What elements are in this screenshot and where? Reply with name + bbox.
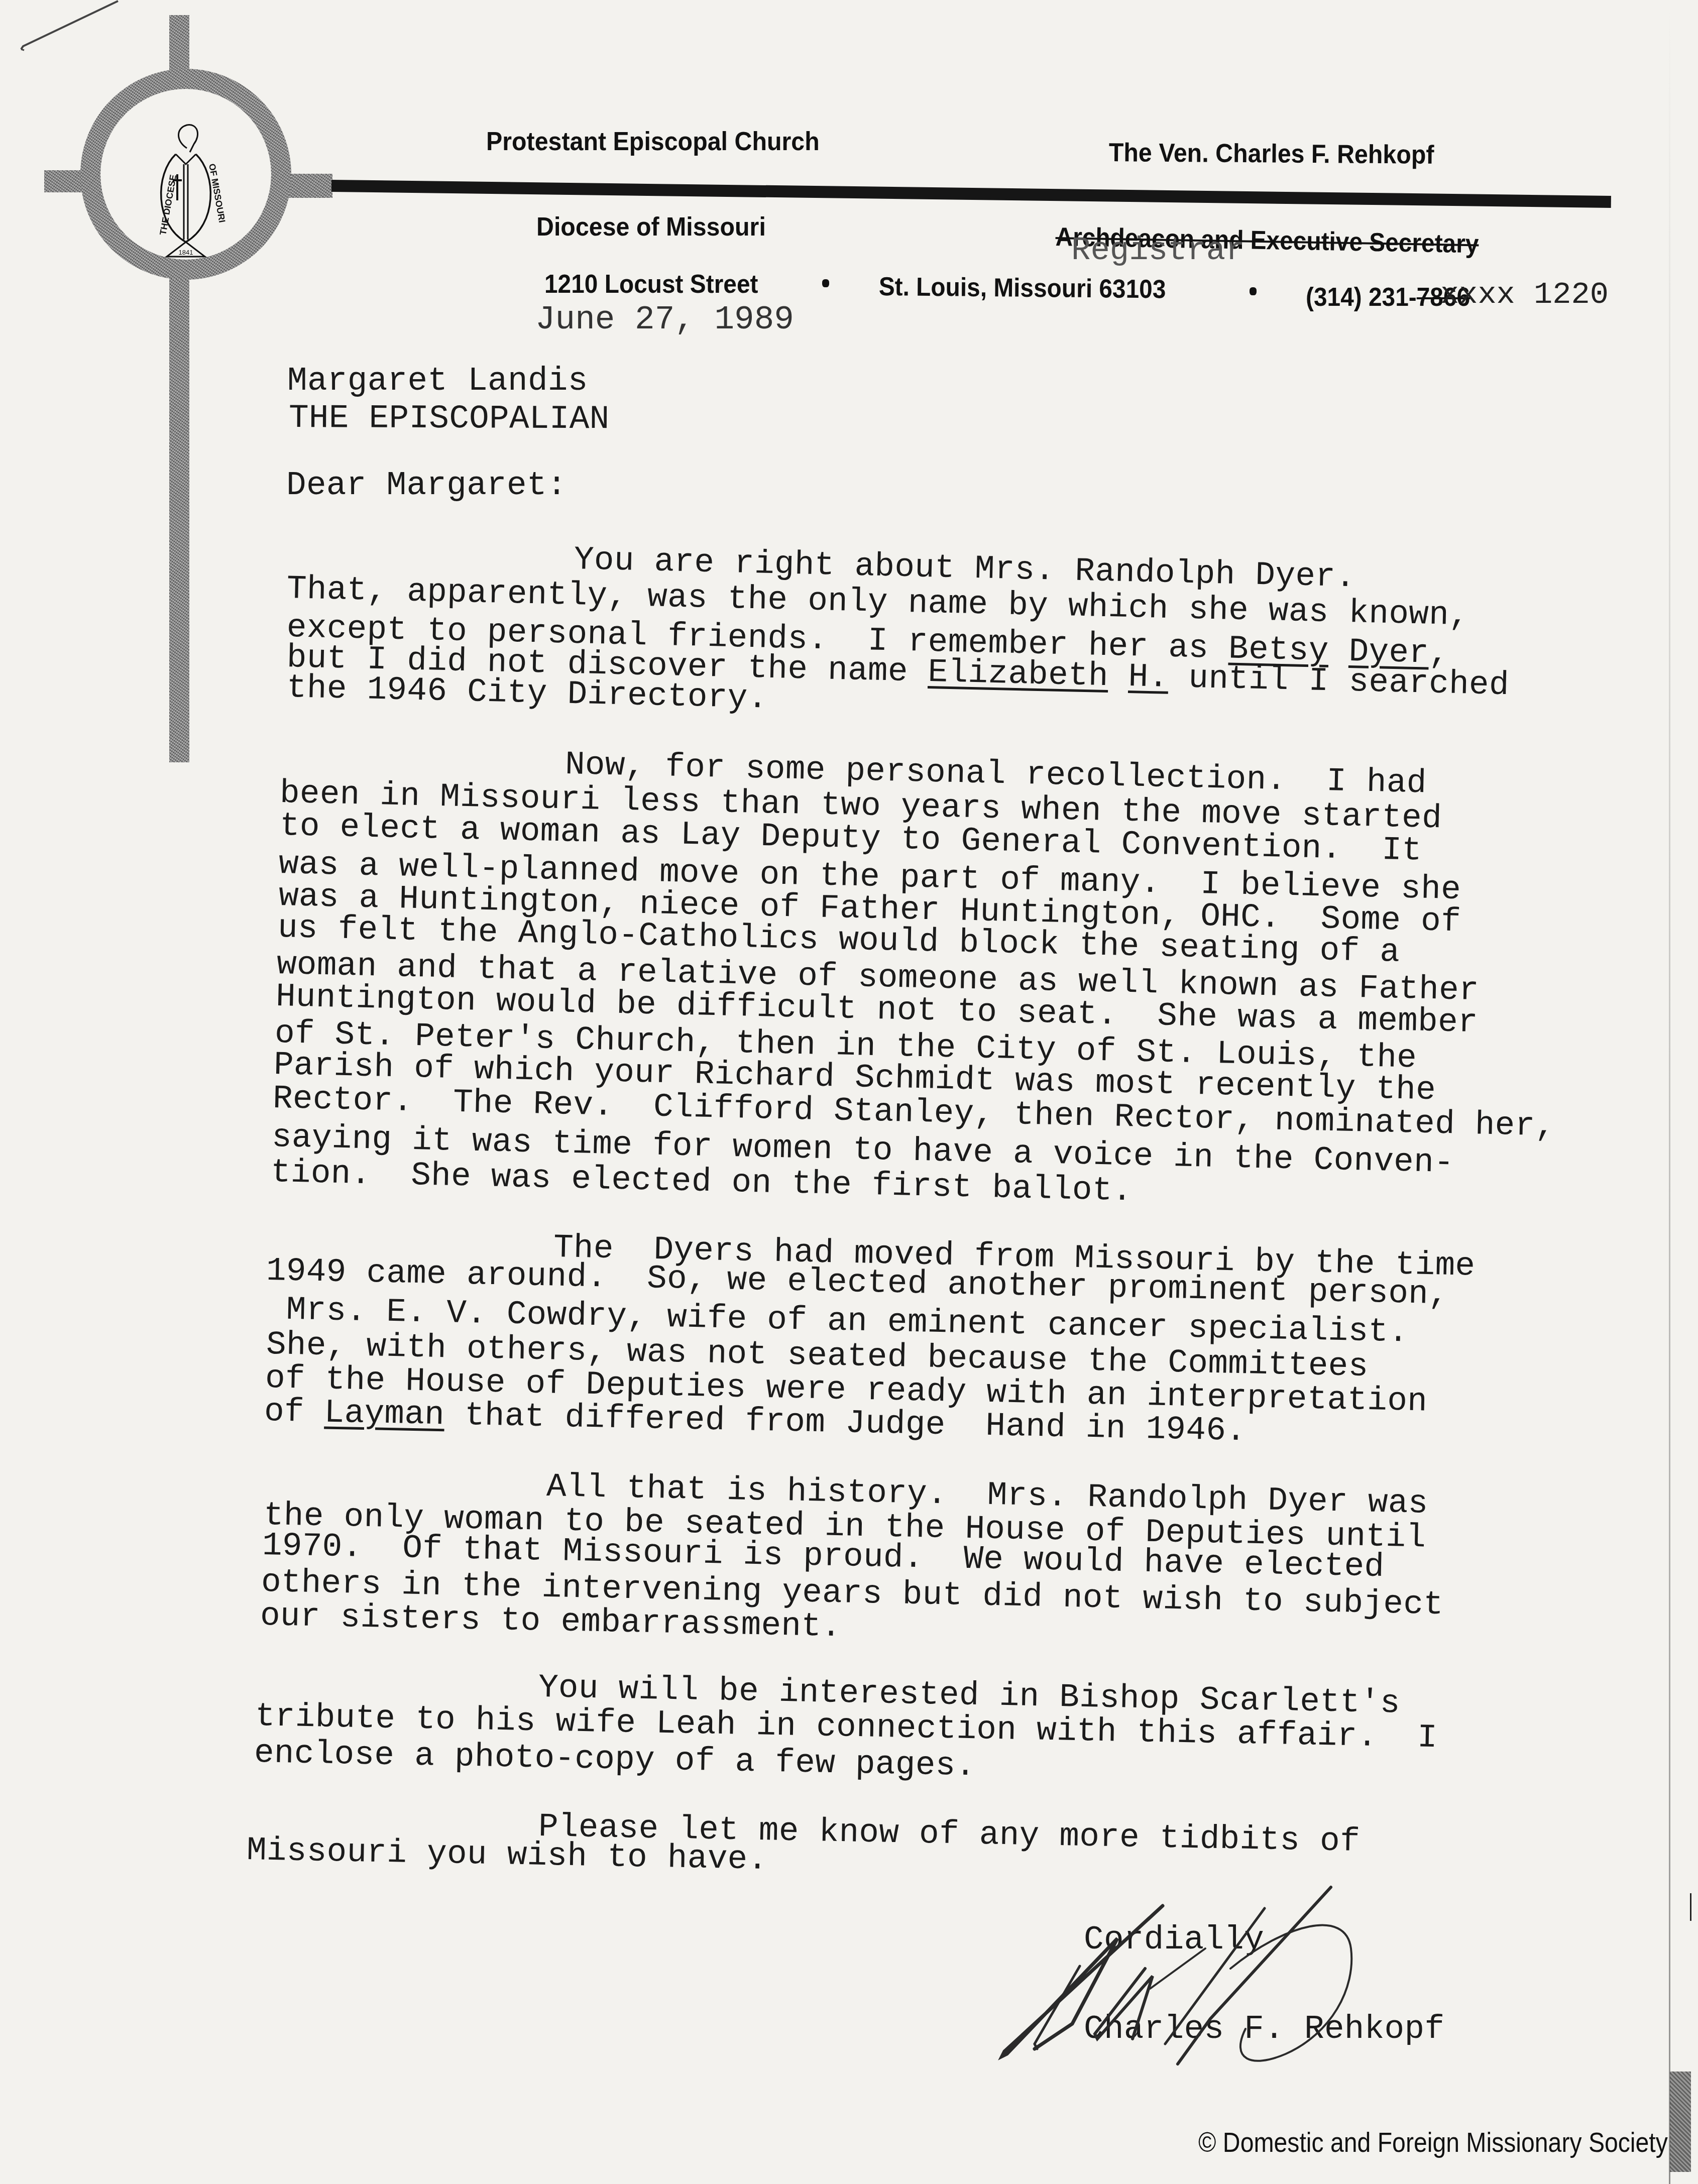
line-text: until I searched xyxy=(1168,659,1510,704)
copyright-notice: © Domestic and Foreign Missionary Societ… xyxy=(1198,2128,1668,2156)
scan-artifact xyxy=(1670,2072,1691,2172)
typed-signature-name: Charles F. Rehkopf xyxy=(1084,2013,1444,2046)
phone-prefix: (314) 231- xyxy=(1306,283,1417,312)
bullet-separator xyxy=(1250,287,1257,295)
page-edge-shadow xyxy=(1669,0,1670,2184)
underlined-name: Elizabeth xyxy=(928,653,1109,695)
recipient-name: Margaret Landis xyxy=(287,365,588,398)
address-city: St. Louis, Missouri 63103 xyxy=(879,274,1166,302)
phone-extension-typed: xxxx 1220 xyxy=(1440,279,1609,310)
letterhead-rule xyxy=(331,180,1611,208)
body-line: Missouri you wish to have. xyxy=(246,1834,768,1877)
line-text: of xyxy=(264,1393,324,1431)
body-line: the 1946 City Directory. xyxy=(286,671,768,716)
address-street: 1210 Locust Street xyxy=(544,271,758,297)
line-text xyxy=(1108,657,1129,696)
organization-name: Protestant Episcopal Church xyxy=(486,129,820,155)
sender-name: The Ven. Charles F. Rehkopf xyxy=(1109,140,1434,168)
body-line: our sisters to embarrassment. xyxy=(260,1599,841,1644)
fish-crozier-seal-icon: 1841 THE DIOCESE OF MISSOURI xyxy=(100,89,271,260)
scan-artifact xyxy=(1690,1893,1691,1921)
recipient-organization: THE EPISCOPALIAN xyxy=(289,402,610,436)
underlined-name: H. xyxy=(1128,658,1169,697)
salutation: Dear Margaret: xyxy=(286,469,567,502)
bullet-separator xyxy=(822,279,829,287)
letter-date: June 27, 1989 xyxy=(535,303,794,336)
closing: Cordially xyxy=(1084,1923,1264,1957)
underlined-word: Layman xyxy=(324,1394,445,1434)
svg-text:THE DIOCESE: THE DIOCESE xyxy=(158,174,178,236)
svg-text:1841: 1841 xyxy=(179,249,193,256)
diocese-name: Diocese of Missouri xyxy=(536,214,766,240)
sender-title-typed: Registrar xyxy=(1071,235,1245,267)
